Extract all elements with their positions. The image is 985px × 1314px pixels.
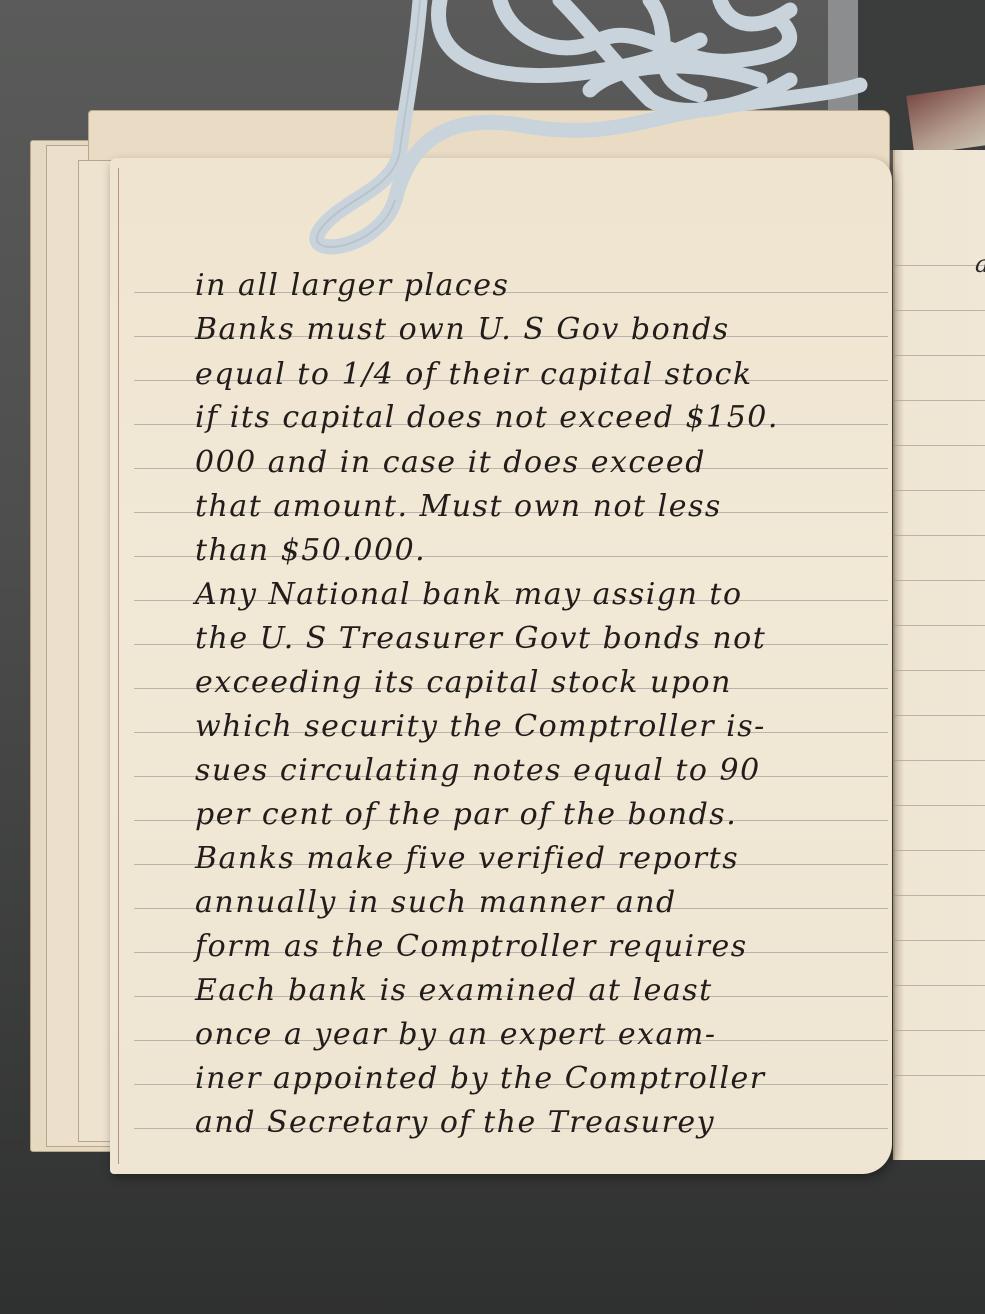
handwritten-line: per cent of the par of the bonds. (195, 797, 737, 832)
handwritten-line: Banks must own U. S Gov bonds (195, 312, 730, 347)
adjacent-page: a (893, 150, 985, 1160)
handwritten-line: iner appointed by the Comptroller (195, 1061, 766, 1096)
handwritten-line: annually in such manner and (195, 885, 677, 920)
handwritten-line: if its capital does not exceed $150. (195, 400, 779, 435)
handwritten-line: that amount. Must own not less (195, 489, 722, 524)
handwritten-line: equal to 1/4 of their capital stock (195, 357, 753, 392)
handwritten-line: than $50.000. (195, 533, 426, 568)
margin-rule (118, 168, 119, 1164)
handwritten-line: 000 and in case it does exceed (195, 445, 706, 480)
handwritten-line: form as the Comptroller requires (195, 929, 748, 964)
cord-bookmark-icon (0, 0, 985, 260)
handwritten-line: sues circulating notes equal to 90 (195, 753, 761, 788)
handwritten-line: once a year by an expert exam- (195, 1017, 717, 1052)
handwritten-line: Each bank is examined at least (195, 973, 713, 1008)
handwritten-line: Banks make five verified reports (195, 841, 739, 876)
handwritten-line: and Secretary of the Treasurey (195, 1105, 715, 1140)
handwritten-line: exceeding its capital stock upon (195, 665, 732, 700)
handwritten-line: Any National bank may assign to (195, 577, 743, 612)
handwritten-line: the U. S Treasurer Govt bonds not (195, 621, 766, 656)
handwritten-line: in all larger places (195, 268, 509, 303)
handwritten-line: which security the Comptroller is- (195, 709, 766, 744)
